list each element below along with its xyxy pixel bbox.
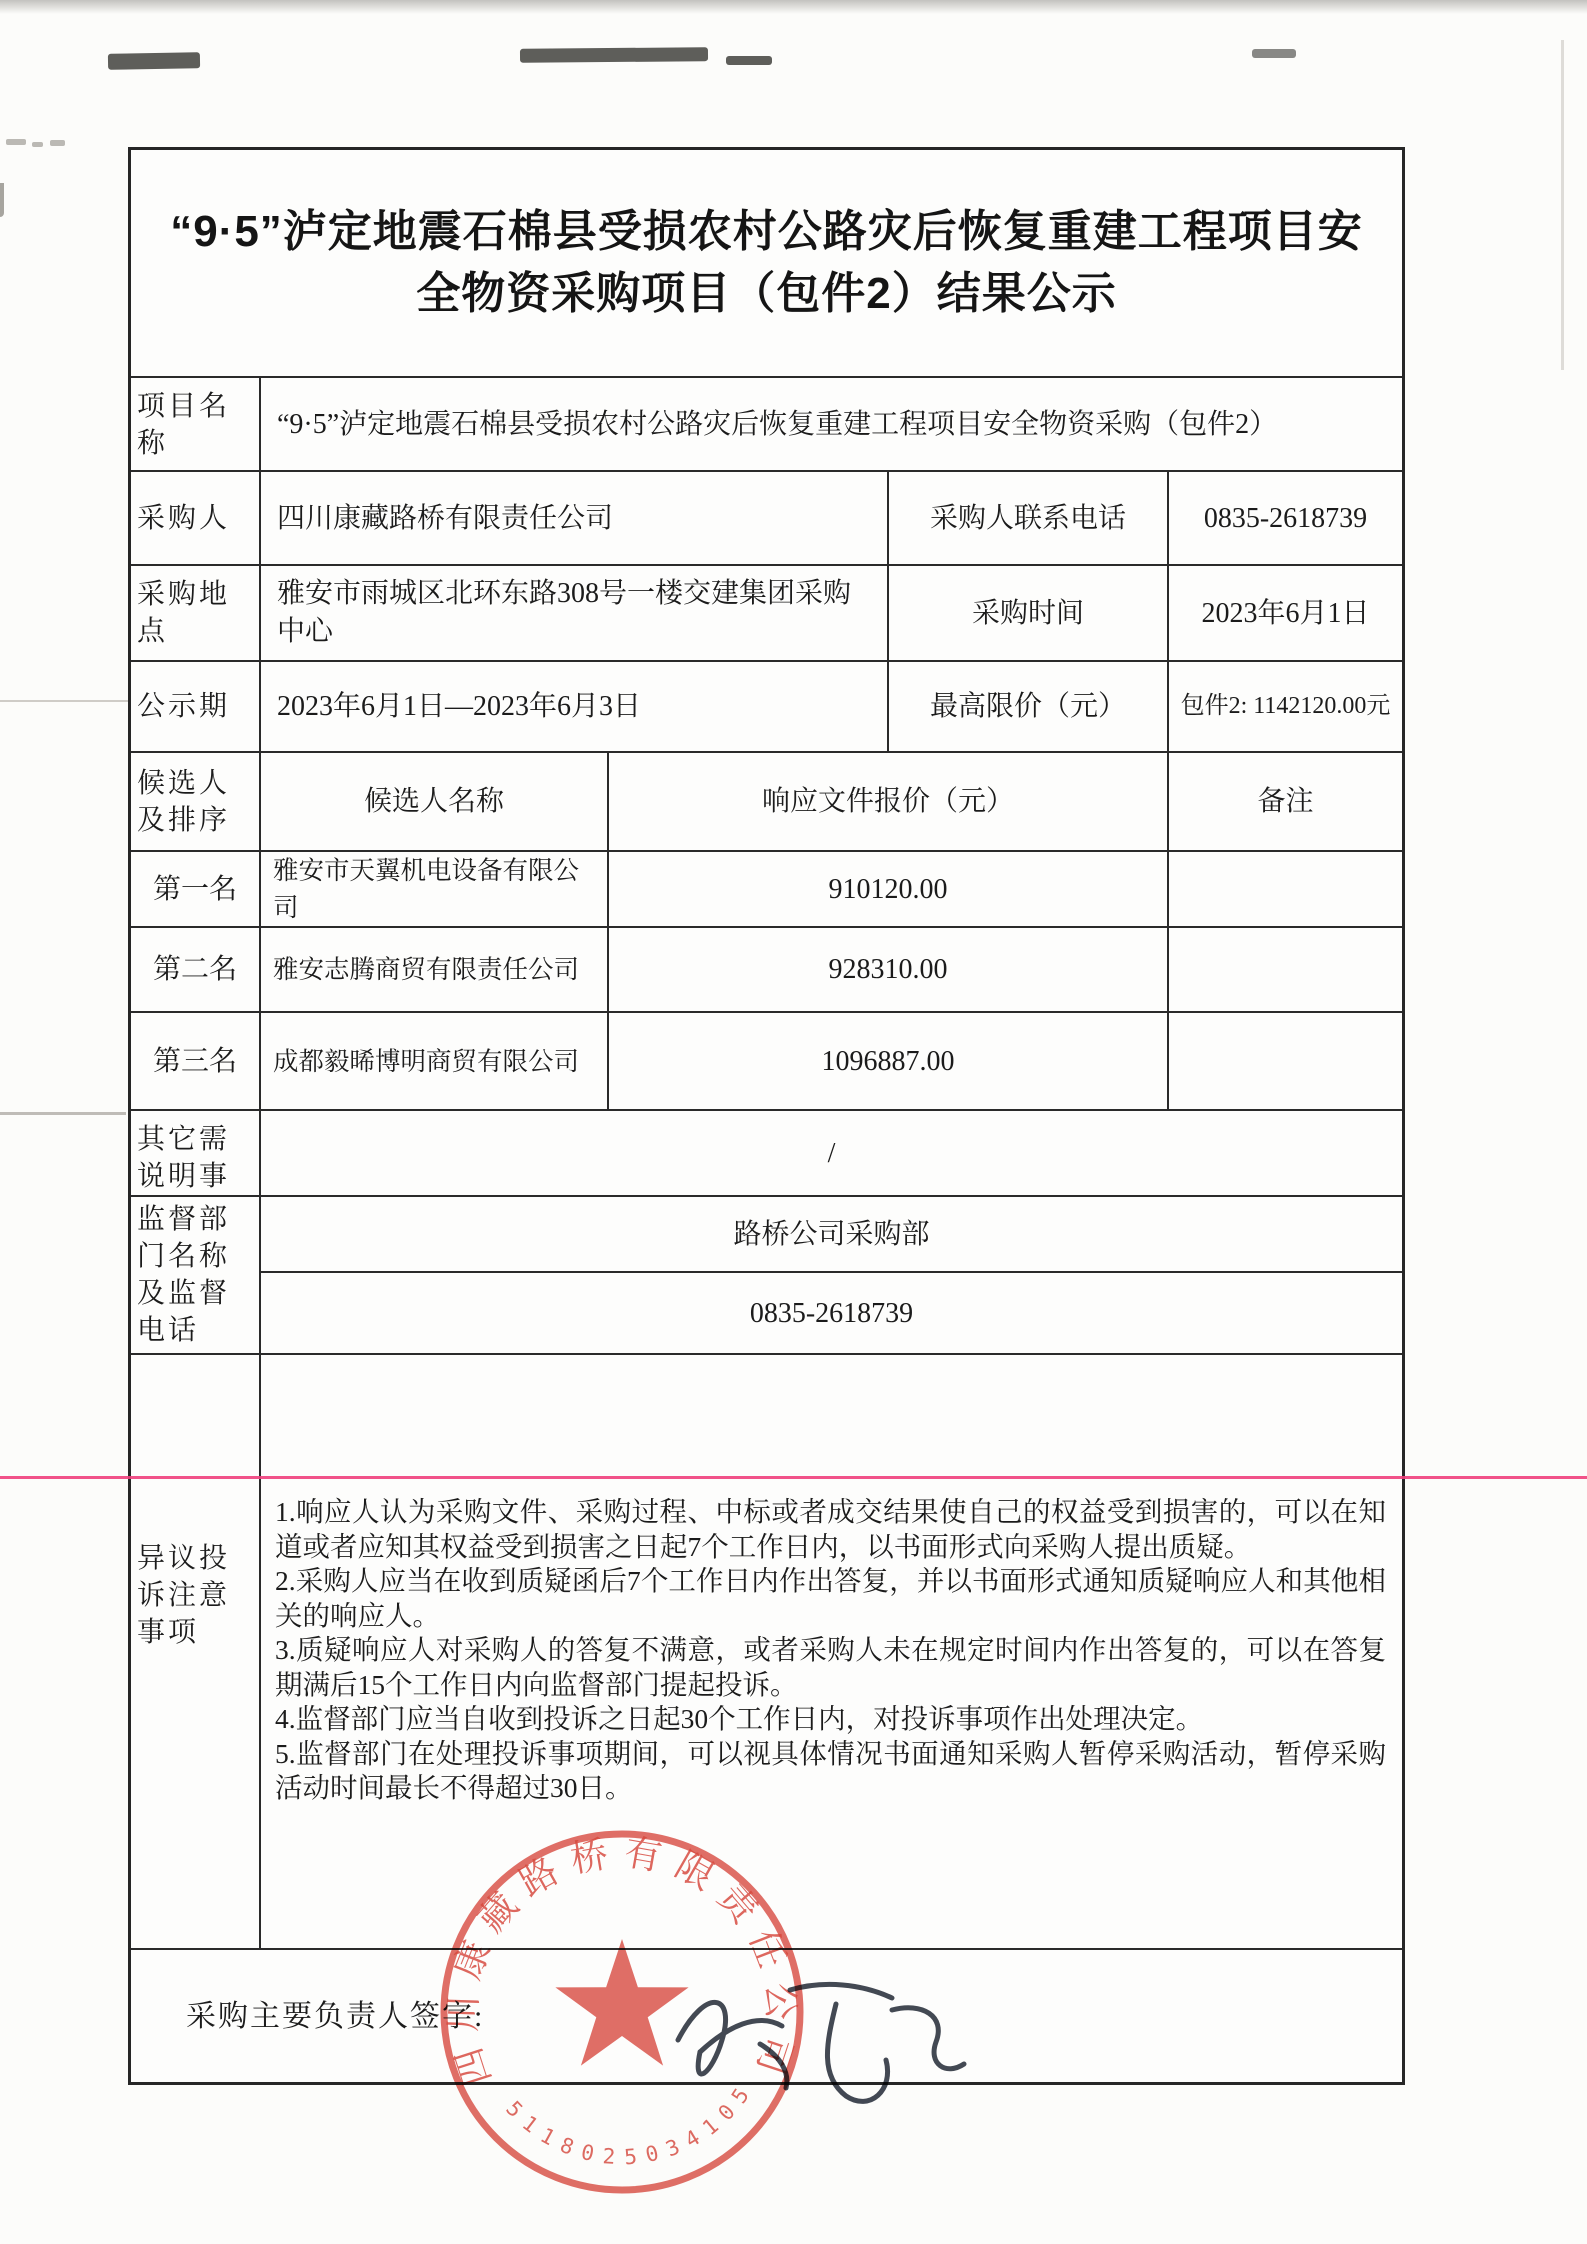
location-value: 雅安市雨城区北环东路308号一楼交建集团采购中心 xyxy=(261,566,889,662)
scan-edge-shadow xyxy=(0,0,1587,14)
other-notes-label: 其它需说明事项 xyxy=(131,1111,261,1197)
purchase-time-label: 采购时间 xyxy=(889,566,1169,662)
candidate-price: 1096887.00 xyxy=(609,1013,1169,1111)
signature-stroke xyxy=(790,1984,892,1998)
candidate-name: 雅安志腾商贸有限责任公司 xyxy=(261,928,609,1013)
pencil-mark xyxy=(6,139,26,145)
candidate-price: 910120.00 xyxy=(609,852,1169,928)
other-notes-value: / xyxy=(261,1111,1402,1197)
scan-smudge xyxy=(1252,49,1296,58)
signature-stroke xyxy=(827,2004,887,2101)
candidates-remark-header: 备注 xyxy=(1169,753,1402,852)
scan-line-bleed xyxy=(0,700,128,702)
candidate-name: 成都毅晞博明商贸有限公司 xyxy=(261,1013,609,1111)
paper-crease xyxy=(1561,40,1564,370)
title-cell: “9·5”泸定地震石棉县受损农村公路灾后恢复重建工程项目安全物资采购项目（包件2… xyxy=(131,150,1402,378)
page-title: “9·5”泸定地震石棉县受损农村公路灾后恢复重建工程项目安全物资采购项目（包件2… xyxy=(152,201,1382,325)
signature-stroke xyxy=(700,2020,782,2052)
pencil-mark xyxy=(50,140,65,146)
candidate-rank: 第三名 xyxy=(131,1013,261,1111)
objection-item-5: 5.监督部门在处理投诉事项期间，可以视具体情况书面通知采购人暂停采购活动，暂停采… xyxy=(275,1737,1386,1806)
pencil-mark xyxy=(0,183,4,217)
scan-line-bleed xyxy=(0,1112,126,1115)
objection-label: 异议投诉注意事项 xyxy=(131,1355,261,1950)
document-table: “9·5”泸定地震石棉县受损农村公路灾后恢复重建工程项目安全物资采购项目（包件2… xyxy=(128,147,1405,2085)
purchaser-value: 四川康藏路桥有限责任公司 xyxy=(261,472,889,566)
scanned-document-page: “9·5”泸定地震石棉县受损农村公路灾后恢复重建工程项目安全物资采购项目（包件2… xyxy=(0,0,1587,2244)
candidate-price: 928310.00 xyxy=(609,928,1169,1013)
purchaser-label: 采购人 xyxy=(131,472,261,566)
candidate-rank: 第二名 xyxy=(131,928,261,1013)
objection-item-3: 3.质疑响应人对采购人的答复不满意，或者采购人未在规定时间内作出答复的，可以在答… xyxy=(275,1633,1386,1702)
scan-smudge xyxy=(520,47,708,63)
candidates-rank-header: 候选人及排序 xyxy=(131,753,261,852)
purchaser-phone-label: 采购人联系电话 xyxy=(889,472,1169,566)
scanner-pink-line xyxy=(0,1476,1587,1479)
candidate-remark xyxy=(1169,852,1402,928)
supervision-department: 路桥公司采购部 xyxy=(261,1197,1402,1273)
signature-stroke xyxy=(760,2044,787,2088)
objection-item-1: 1.响应人认为采购文件、采购过程、中标或者成交结果使自己的权益受到损害的，可以在… xyxy=(275,1495,1386,1564)
scan-smudge xyxy=(726,56,772,65)
purchaser-phone-value: 0835-2618739 xyxy=(1169,472,1402,566)
purchase-time-value: 2023年6月1日 xyxy=(1169,566,1402,662)
project-name-label: 项目名称 xyxy=(131,378,261,472)
max-price-value: 包件2: 1142120.00元 xyxy=(1169,662,1402,753)
handwritten-signature xyxy=(640,1948,1000,2118)
publicity-label: 公示期 xyxy=(131,662,261,753)
objection-item-4: 4.监督部门应当自收到投诉之日起30个工作日内，对投诉事项作出处理决定。 xyxy=(275,1702,1386,1737)
candidate-rank: 第一名 xyxy=(131,852,261,928)
candidate-remark xyxy=(1169,928,1402,1013)
objection-item-2: 2.采购人应当在收到质疑函后7个工作日内作出答复，并以书面形式通知质疑响应人和其… xyxy=(275,1564,1386,1633)
candidates-name-header: 候选人名称 xyxy=(261,753,609,852)
supervision-phone: 0835-2618739 xyxy=(261,1273,1402,1355)
supervision-label: 监督部门名称及监督电话 xyxy=(131,1197,261,1355)
candidates-price-header: 响应文件报价（元） xyxy=(609,753,1169,852)
project-name-value: “9·5”泸定地震石棉县受损农村公路灾后恢复重建工程项目安全物资采购（包件2） xyxy=(261,378,1402,472)
scan-smudge xyxy=(108,52,200,70)
candidate-remark xyxy=(1169,1013,1402,1111)
location-label: 采购地点 xyxy=(131,566,261,662)
publicity-value: 2023年6月1日—2023年6月3日 xyxy=(261,662,889,753)
max-price-label: 最高限价（元） xyxy=(889,662,1169,753)
signature-stroke xyxy=(892,2008,964,2069)
pencil-mark xyxy=(32,142,43,147)
candidate-name: 雅安市天翼机电设备有限公司 xyxy=(261,852,609,928)
